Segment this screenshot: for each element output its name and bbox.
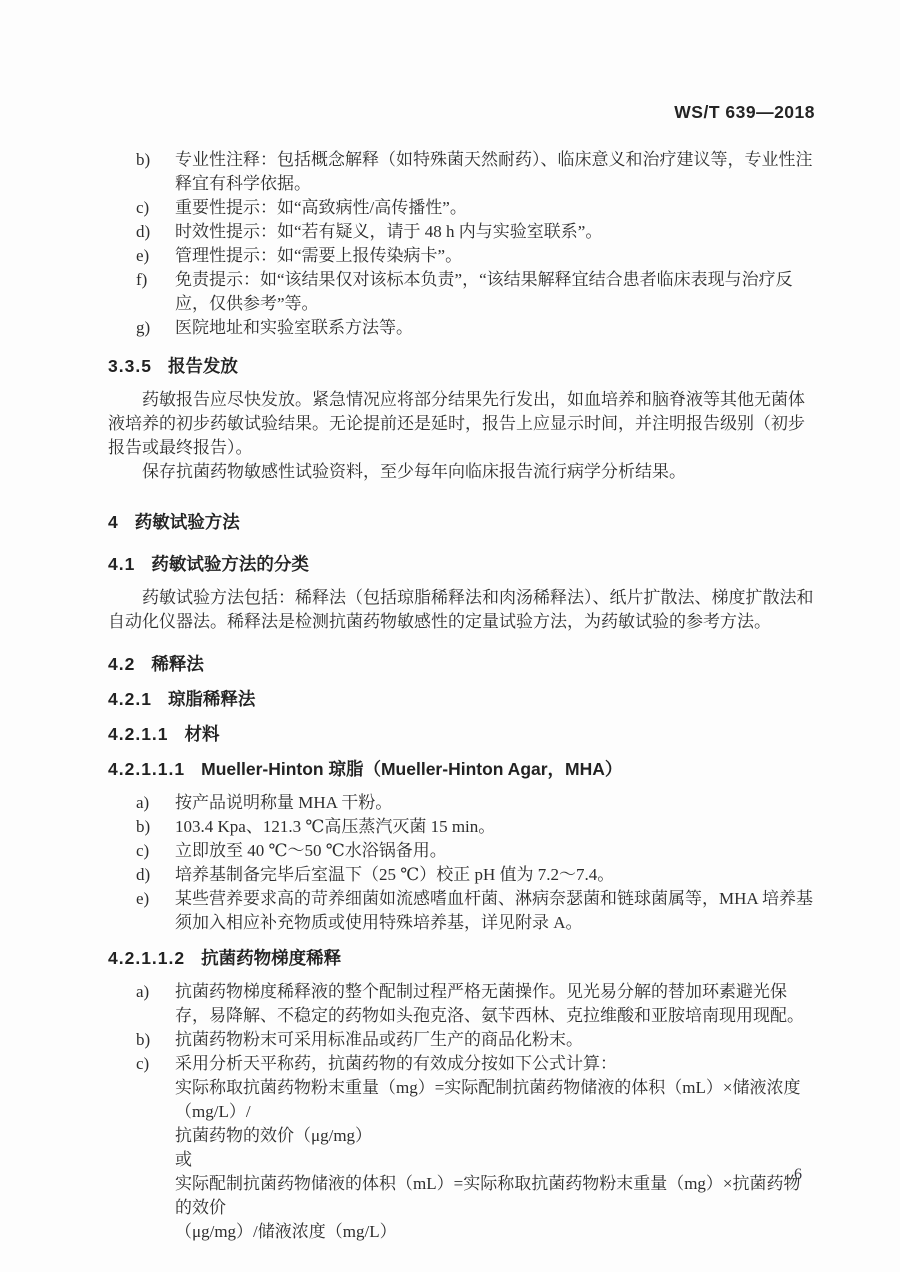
section-number: 4 [108,510,119,534]
list-item: e) 某些营养要求高的苛养细菌如流感嗜血杆菌、淋病奈瑟菌和链球菌属等，MHA 培… [108,887,815,935]
list-item-text: 抗菌药物梯度稀释液的整个配制过程严格无菌操作。见光易分解的替加环素避光保存，易降… [175,980,815,1028]
list-item-text: 管理性提示：如“需要上报传染病卡”。 [175,244,815,268]
list-item-label: f) [136,268,175,316]
section-title: 药敏试验方法 [135,512,240,532]
page-number: 6 [794,1166,802,1184]
list-item: a) 抗菌药物梯度稀释液的整个配制过程严格无菌操作。见光易分解的替加环素避光保存… [108,980,815,1028]
section-title: 抗菌药物梯度稀释 [201,948,341,968]
document-page: WS/T 639—2018 b) 专业性注释：包括概念解释（如特殊菌天然耐药）、… [0,0,900,1272]
gradient-dilution-list: a) 抗菌药物梯度稀释液的整个配制过程严格无菌操作。见光易分解的替加环素避光保存… [108,980,815,1076]
section-heading-4-2-1: 4.2.1琼脂稀释法 [108,687,815,711]
formula-line: 实际配制抗菌药物储液的体积（mL）=实际称取抗菌药物粉末重量（mg）×抗菌药物的… [175,1172,815,1220]
formula-line: （μg/mg）/储液浓度（mg/L） [175,1220,815,1244]
list-item-text: 某些营养要求高的苛养细菌如流感嗜血杆菌、淋病奈瑟菌和链球菌属等，MHA 培养基须… [175,887,815,935]
paragraph: 药敏报告应尽快发放。紧急情况应将部分结果先行发出，如血培养和脑脊液等其他无菌体液… [108,388,815,460]
list-item: b) 抗菌药物粉末可采用标准品或药厂生产的商品化粉末。 [108,1028,815,1052]
list-item: c) 重要性提示：如“高致病性/高传播性”。 [108,196,815,220]
list-item-text: 立即放至 40 ℃～50 ℃水浴锅备用。 [175,839,815,863]
list-item: b) 103.4 Kpa、121.3 ℃高压蒸汽灭菌 15 min。 [108,815,815,839]
list-item: d) 培养基制备完毕后室温下（25 ℃）校正 pH 值为 7.2～7.4。 [108,863,815,887]
list-item-text: 103.4 Kpa、121.3 ℃高压蒸汽灭菌 15 min。 [175,815,815,839]
section-title: 稀释法 [151,654,204,674]
section-title: 材料 [185,724,220,744]
section-number: 3.3.5 [108,354,152,378]
section-number: 4.2.1.1 [108,722,169,746]
list-item-label: g) [136,316,175,340]
formula-line: 实际称取抗菌药物粉末重量（mg）=实际配制抗菌药物储液的体积（mL）×储液浓度（… [175,1076,815,1124]
list-item: b) 专业性注释：包括概念解释（如特殊菌天然耐药）、临床意义和治疗建议等，专业性… [108,148,815,196]
list-item-label: c) [136,1052,175,1076]
list-item-text: 培养基制备完毕后室温下（25 ℃）校正 pH 值为 7.2～7.4。 [175,863,815,887]
list-item: e) 管理性提示：如“需要上报传染病卡”。 [108,244,815,268]
section-number: 4.2 [108,652,135,676]
list-item: g) 医院地址和实验室联系方法等。 [108,316,815,340]
section-number: 4.2.1.1.1 [108,757,185,781]
section-title: 报告发放 [168,356,238,376]
list-item: c) 立即放至 40 ℃～50 ℃水浴锅备用。 [108,839,815,863]
list-item-label: b) [136,1028,175,1052]
section-heading-4-2-1-1-2: 4.2.1.1.2抗菌药物梯度稀释 [108,946,815,970]
list-item-label: a) [136,791,175,815]
paragraph: 药敏试验方法包括：稀释法（包括琼脂稀释法和肉汤稀释法）、纸片扩散法、梯度扩散法和… [108,586,815,634]
section-heading-4-2-1-1: 4.2.1.1材料 [108,722,815,746]
formula-line: 抗菌药物的效价（μg/mg） [175,1124,815,1148]
list-item: a) 按产品说明称量 MHA 干粉。 [108,791,815,815]
list-item-text: 重要性提示：如“高致病性/高传播性”。 [175,196,815,220]
list-item-text: 专业性注释：包括概念解释（如特殊菌天然耐药）、临床意义和治疗建议等，专业性注释宜… [175,148,815,196]
list-item-label: b) [136,815,175,839]
section-heading-4: 4药敏试验方法 [108,510,815,534]
list-item-label: d) [136,220,175,244]
report-notes-list: b) 专业性注释：包括概念解释（如特殊菌天然耐药）、临床意义和治疗建议等，专业性… [108,148,815,340]
list-item-text: 采用分析天平称药，抗菌药物的有效成分按如下公式计算： [175,1052,815,1076]
list-item-text: 抗菌药物粉末可采用标准品或药厂生产的商品化粉末。 [175,1028,815,1052]
section-number: 4.2.1 [108,687,152,711]
list-item-label: a) [136,980,175,1028]
list-item-label: b) [136,148,175,196]
formula-block: 实际称取抗菌药物粉末重量（mg）=实际配制抗菌药物储液的体积（mL）×储液浓度（… [175,1076,815,1244]
list-item: f) 免责提示：如“该结果仅对该标本负责”，“该结果解释宜结合患者临床表现与治疗… [108,268,815,316]
list-item-label: d) [136,863,175,887]
section-number: 4.2.1.1.2 [108,946,185,970]
section-heading-4-2: 4.2稀释法 [108,652,815,676]
section-title: 药敏试验方法的分类 [151,554,309,574]
list-item-label: e) [136,244,175,268]
section-heading-4-2-1-1-1: 4.2.1.1.1Mueller-Hinton 琼脂（Mueller-Hinto… [108,757,815,781]
formula-line: 或 [175,1148,815,1172]
list-item-text: 时效性提示：如“若有疑义，请于 48 h 内与实验室联系”。 [175,220,815,244]
section-number: 4.1 [108,552,135,576]
list-item-text: 医院地址和实验室联系方法等。 [175,316,815,340]
list-item-label: c) [136,196,175,220]
section-title: 琼脂稀释法 [168,689,256,709]
list-item: d) 时效性提示：如“若有疑义，请于 48 h 内与实验室联系”。 [108,220,815,244]
section-title: Mueller-Hinton 琼脂（Mueller-Hinton Agar，MH… [201,759,622,779]
list-item: c) 采用分析天平称药，抗菌药物的有效成分按如下公式计算： [108,1052,815,1076]
paragraph: 保存抗菌药物敏感性试验资料，至少每年向临床报告流行病学分析结果。 [108,460,815,484]
list-item-text: 按产品说明称量 MHA 干粉。 [175,791,815,815]
list-item-text: 免责提示：如“该结果仅对该标本负责”，“该结果解释宜结合患者临床表现与治疗反应，… [175,268,815,316]
section-heading-3-3-5: 3.3.5报告发放 [108,354,815,378]
mha-preparation-list: a) 按产品说明称量 MHA 干粉。 b) 103.4 Kpa、121.3 ℃高… [108,791,815,935]
section-heading-4-1: 4.1药敏试验方法的分类 [108,552,815,576]
list-item-label: c) [136,839,175,863]
list-item-label: e) [136,887,175,935]
doc-number: WS/T 639—2018 [108,100,815,124]
